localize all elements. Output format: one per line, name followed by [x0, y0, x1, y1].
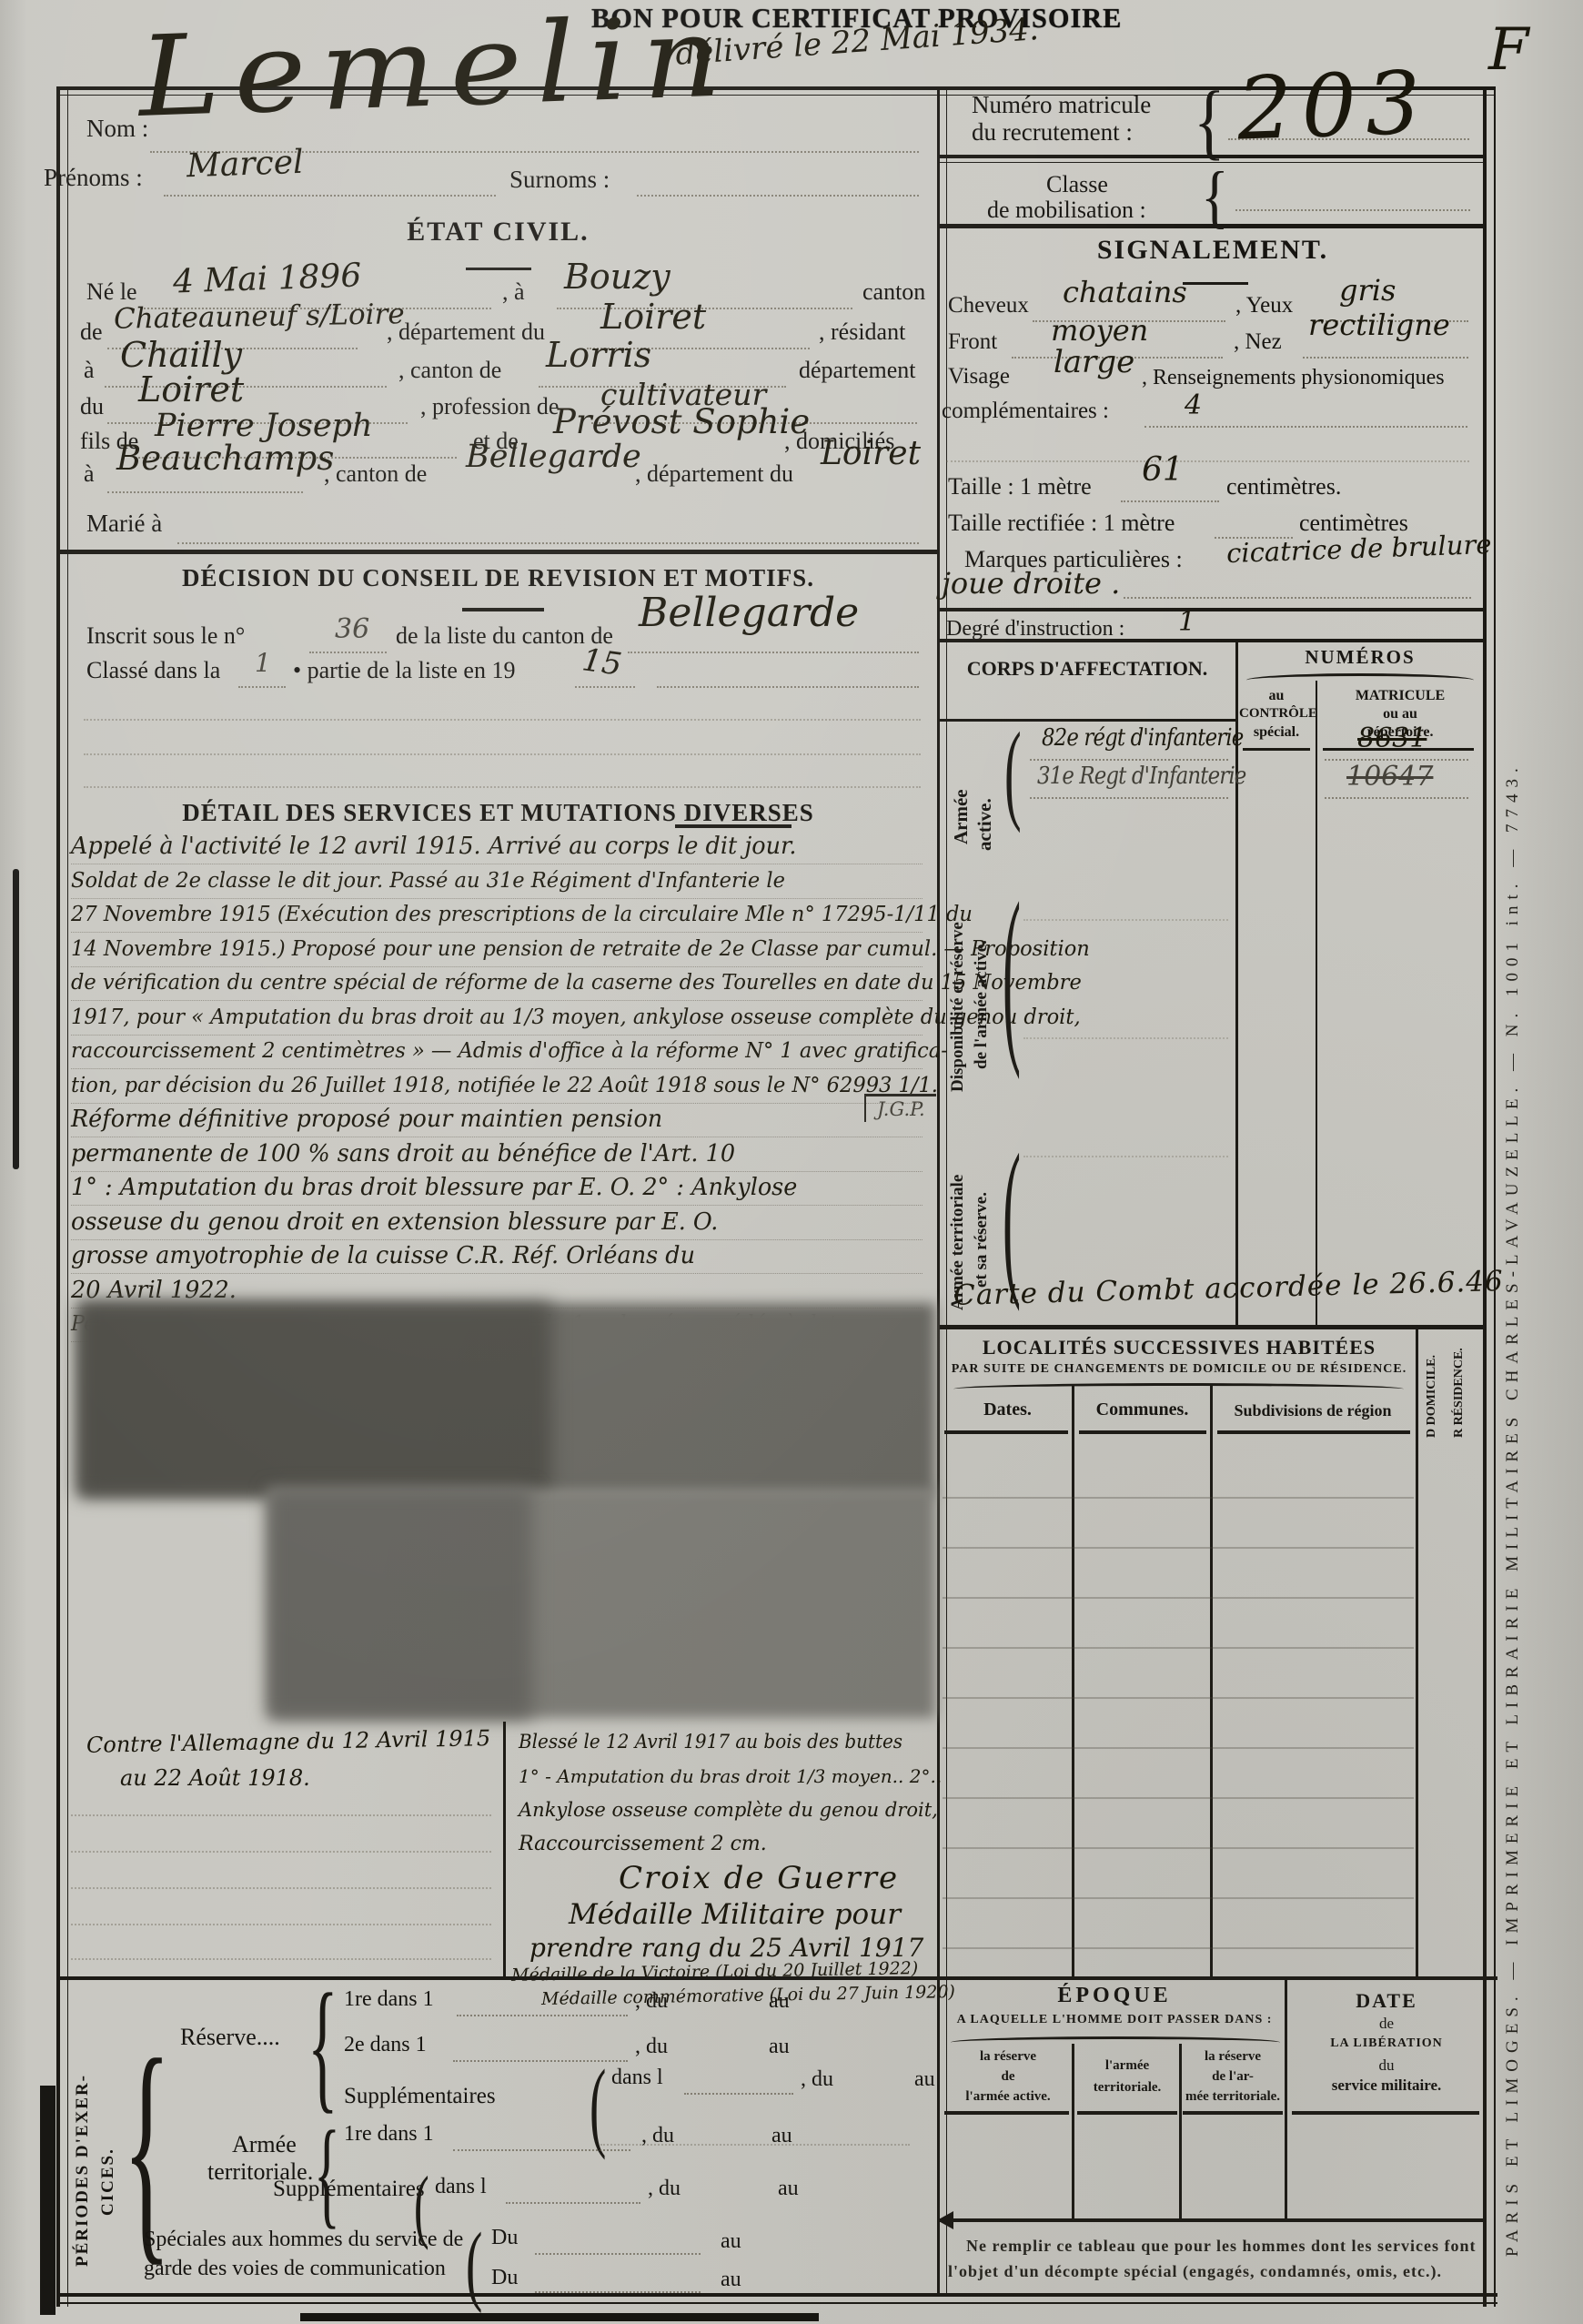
du-label: , du: [635, 2035, 668, 2059]
stray-mark-handwriting: 4: [1185, 389, 1202, 421]
territoriale-row1-label: 1re dans 1: [344, 2122, 434, 2147]
list-canton-label: de la liste du canton de: [396, 622, 613, 650]
brace-decoration: {: [1201, 162, 1229, 232]
corps-top-rule: [940, 639, 1483, 642]
domicile-canton-handwriting: Bellegarde: [466, 439, 641, 475]
epoque-title: ÉPOQUE: [946, 1984, 1283, 2008]
list-canton-handwriting: Bellegarde: [639, 590, 859, 636]
corner-letter-mark: F: [1488, 16, 1528, 84]
localites-title: LOCALITÉS SUCCESSIVES HABITÉES: [946, 1336, 1412, 1359]
dotted-rule: [71, 1851, 491, 1853]
matricule-number-1: 8631: [1357, 722, 1427, 754]
service-line: de vérification du centre spécial de réf…: [71, 966, 923, 1001]
header-underline: [1183, 2111, 1283, 2115]
education-degree-label: Degré d'instruction :: [946, 617, 1124, 642]
dotted-rule: [71, 1958, 491, 1960]
reserve-row2-label: 2e dans 1: [344, 2033, 427, 2057]
dotted-rule: [164, 195, 496, 197]
periodes-vertical-label-2: CICES.: [98, 2134, 118, 2216]
service-line: 27 Novembre 1915 (Exécution des prescrip…: [71, 898, 923, 933]
au-label: au: [914, 2067, 935, 2092]
wound-line: Raccourcissement 2 cm.: [519, 1833, 767, 1855]
dotted-rule: [1030, 797, 1228, 799]
du-label: , du: [635, 1989, 668, 2014]
scan-edge-mark: [300, 2313, 819, 2321]
supplementaires-label: Supplémentaires: [344, 2084, 496, 2109]
border-bottom: [56, 2293, 1497, 2297]
epoque-col3-line3: mée territoriale.: [1183, 2089, 1283, 2105]
dotted-rule: [71, 1887, 491, 1889]
marks-handwriting-2: joue droite .: [942, 566, 1120, 601]
brace-decoration: (: [466, 2218, 482, 2309]
scan-smudge: [78, 1303, 551, 1496]
at-label: à: [84, 460, 95, 488]
birth-departement-handwriting: Loiret: [600, 297, 706, 337]
epoque-col2-line2: territoriale.: [1077, 2080, 1177, 2096]
matricule-number-handwriting: 203: [1235, 53, 1431, 159]
scan-smudge: [268, 1489, 532, 1718]
dotted-rule: [309, 652, 387, 653]
epoque-col2-line1: l'armée: [1077, 2058, 1177, 2074]
dotted-rule: [84, 786, 921, 788]
scan-edge-mark: [13, 869, 19, 1169]
au-label: au: [721, 2268, 741, 2292]
dotted-rule: [1144, 426, 1467, 428]
date-header-2: de: [1292, 2015, 1481, 2033]
du-label: , du: [801, 2067, 833, 2092]
header-underline: [1292, 2111, 1479, 2115]
matricule-subheader-1: MATRICULE: [1319, 688, 1481, 704]
brace-curve: [1246, 673, 1474, 687]
matricule-subheader-2: ou au: [1319, 706, 1481, 722]
dotted-rule: [1228, 138, 1469, 140]
regiment-entry-2: 31e Regt d'Infanterie: [1037, 763, 1245, 790]
decoration-line: Croix de Guerre: [619, 1860, 899, 1896]
controle-subheader-2: CONTRÔLE: [1239, 706, 1314, 722]
brace-decoration: {: [1194, 78, 1225, 164]
hair-handwriting: chatains: [1063, 275, 1187, 309]
dotted-rule: [1124, 597, 1471, 599]
date-header-1: DATE: [1292, 1989, 1481, 2013]
dotted-rule: [238, 686, 286, 688]
service-line: Appelé à l'activité le 12 avril 1915. Ar…: [71, 830, 923, 864]
married-label: Marié à: [86, 510, 162, 538]
matricule-label-1: Numéro matricule: [972, 91, 1151, 119]
au-label: au: [778, 2177, 799, 2201]
speciales-label-1: Spéciales aux hommes du service de: [144, 2228, 463, 2252]
border-left-inner: [67, 86, 68, 2307]
inscribed-label: Inscrit sous le n°: [86, 622, 245, 650]
departement-label: , département du: [387, 318, 545, 346]
date-header-5: service militaire.: [1292, 2076, 1481, 2095]
residence-vertical-label: R RÉSIDENCE.: [1452, 1330, 1467, 1438]
rule-arrow: [937, 2211, 953, 2229]
border-right-inner: [1494, 86, 1496, 2307]
numeros-subcol-divider: [1316, 681, 1317, 1327]
domicile-handwriting: Beauchamps: [116, 439, 334, 478]
date-header-3: LA LIBÉRATION: [1292, 2036, 1481, 2051]
epoque-col1-line3: l'armée active.: [946, 2089, 1070, 2105]
brace-decoration: {: [314, 2113, 340, 2233]
dotted-rule: [946, 460, 1469, 462]
alias-label: Surnoms :: [509, 166, 610, 194]
mother-name-handwriting: Prévost Sophie: [553, 402, 810, 441]
decoration-line: Médaille commémorative (Loi du 27 Juin 1…: [541, 1982, 955, 2009]
wound-line: Ankylose osseuse complète du genou droit…: [519, 1799, 938, 1821]
dotted-rule: [628, 652, 919, 653]
date-col-divider: [1285, 1976, 1287, 2220]
printer-imprint-vertical: PARIS ET LIMOGES. — IMPRIMERIE ET LIBRAI…: [1503, 437, 1523, 2257]
matricule-number-2: 10647: [1346, 761, 1433, 793]
epoque-col-divider: [1072, 2044, 1074, 2220]
dotted-rule: [177, 542, 919, 544]
subdivisions-column-header: Subdivisions de région: [1214, 1401, 1412, 1420]
wound-line: Blessé le 12 Avril 1917 au bois des butt…: [519, 1731, 902, 1753]
border-left: [56, 86, 60, 2307]
departement-label: département: [799, 357, 916, 384]
reserve-label: Réserve....: [180, 2024, 280, 2051]
centimetres-label: centimètres.: [1226, 473, 1341, 500]
dates-column-header: Dates.: [946, 1399, 1069, 1420]
title-underline: [462, 608, 544, 611]
header-underline: [944, 1430, 1068, 1434]
dotted-rule: [535, 2291, 701, 2293]
dotted-rule: [637, 195, 919, 197]
disponibilite-vertical-1: Disponibilité et réserve: [948, 864, 968, 1092]
title-underline: [466, 268, 531, 270]
dotted-rule: [684, 2093, 793, 2095]
campaign-cell-divider: [503, 1722, 506, 1976]
scan-edge-mark: [40, 2086, 55, 2315]
dotted-rule: [1023, 1156, 1228, 1157]
canton-of-label: , canton de: [398, 357, 501, 384]
header-underline: [1079, 1430, 1206, 1434]
service-line: tion, par décision du 26 Juillet 1918, n…: [71, 1069, 923, 1104]
dotted-rule: [1023, 1037, 1228, 1039]
complementary-label: complémentaires :: [942, 399, 1109, 424]
epoque-note-line2: l'objet d'un décompte spécial (engagés, …: [948, 2262, 1442, 2281]
corps-affectation-header: CORPS D'AFFECTATION.: [942, 657, 1233, 681]
mobilization-class-label-2: de mobilisation :: [987, 197, 1146, 224]
dans-label: dans l: [611, 2066, 663, 2090]
signalement-top-rule: [940, 224, 1483, 228]
residence-canton-handwriting: Lorris: [546, 335, 651, 375]
dotted-rule: [71, 1814, 491, 1816]
dotted-rule: [453, 2149, 630, 2151]
margin-initials-mark: J.G.P.: [864, 1094, 936, 1122]
supplementaires-label: Supplémentaires: [273, 2177, 425, 2202]
localites-subtitle: PAR SUITE DE CHANGEMENTS DE DOMICILE OU …: [946, 1362, 1412, 1377]
list-part-handwriting: 1: [255, 648, 271, 678]
dr-col-divider: [1416, 1325, 1418, 1976]
dotted-rule: [1325, 759, 1468, 761]
armee-active-vertical-1: Armée: [950, 735, 973, 844]
border-right: [1483, 86, 1487, 2307]
epoque-col3-line2: de l'ar-: [1183, 2069, 1283, 2085]
dotted-rule: [1325, 797, 1468, 799]
dotted-rule: [506, 2202, 640, 2204]
combatant-card-handwriting: Carte du Combt accordée le 26.6.46: [953, 1265, 1505, 1312]
at-label: à: [84, 357, 95, 384]
mobilization-class-label-1: Classe: [1046, 171, 1108, 198]
dotted-rule: [1235, 209, 1470, 211]
classed-label: Classé dans la: [86, 657, 220, 684]
dotted-rule: [535, 2253, 701, 2255]
military-record-sheet: BON POUR CERTIFICAT PROVISOIRE délivré l…: [0, 0, 1583, 2324]
list-year-handwriting: 15: [580, 642, 623, 683]
birth-date-handwriting: 4 Mai 1896: [172, 257, 362, 300]
dotted-rule: [84, 753, 921, 755]
service-line: Réforme définitive proposé pour maintien…: [71, 1103, 923, 1137]
campaign-line: au 22 Août 1918.: [120, 1765, 310, 1791]
face-label: Visage: [948, 364, 1010, 389]
hair-label: Cheveux: [948, 293, 1029, 318]
matricule-label-2: du recrutement :: [972, 118, 1133, 147]
residence-departement-handwriting: Loiret: [138, 369, 244, 409]
header-underline: [944, 2111, 1069, 2115]
services-title: DÉTAIL DES SERVICES ET MUTATIONS DIVERSE…: [59, 799, 937, 827]
domicile-vertical-label: D DOMICILE.: [1425, 1330, 1439, 1438]
birth-place-handwriting: Bouzy: [564, 257, 671, 297]
surname-handwriting: Lemelin: [136, 0, 737, 142]
reserve-row1-label: 1re dans 1: [344, 1987, 434, 2012]
header-underline: [1217, 1430, 1410, 1434]
face-handwriting: large: [1054, 344, 1134, 380]
departement-of-label: , département du: [635, 460, 793, 488]
numeros-header-underline: [1243, 748, 1310, 751]
dans-label: dans l: [435, 2175, 487, 2199]
wound-line: 1° - Amputation du bras droit 1/3 moyen.…: [519, 1765, 942, 1787]
of-label: de: [80, 318, 103, 346]
etat-civil-title: ÉTAT CIVIL.: [59, 217, 937, 248]
dotted-rule: [71, 1924, 491, 1925]
height-label: Taille : 1 mètre: [948, 473, 1092, 500]
disponibilite-vertical-2: de l'armée active.: [972, 887, 992, 1069]
section-rule: [56, 1976, 1497, 1980]
service-line: raccourcissement 2 centimètres » — Admis…: [71, 1035, 923, 1069]
au-label: au: [769, 1989, 790, 2014]
epoque-col3-line1: la réserve: [1183, 2049, 1283, 2065]
center-divider: [937, 86, 940, 2293]
au-label: au: [769, 2035, 790, 2059]
du-label: Du: [491, 2266, 518, 2290]
service-line: osseuse du genou droit en extension bles…: [71, 1206, 923, 1240]
nose-label: , Nez: [1234, 329, 1282, 355]
decoration-line: Médaille Militaire pour: [569, 1898, 901, 1931]
signalement-title: SIGNALEMENT.: [940, 235, 1486, 266]
brace-decoration: {: [308, 1975, 338, 2121]
section-rule: [940, 608, 1483, 611]
at-label: , à: [502, 278, 525, 306]
du-label: Du: [491, 2226, 518, 2250]
service-line: grosse amyotrophie de la cuisse C.R. Réf…: [71, 1239, 923, 1274]
education-degree-handwriting: 1: [1178, 606, 1195, 638]
brace-curve: [953, 1383, 1404, 1395]
service-line: 14 Novembre 1915.) Proposé pour une pens…: [71, 933, 923, 967]
surname-label: Nom :: [86, 115, 148, 143]
dotted-rule: [107, 491, 303, 493]
service-line: Soldat de 2e classe le dit jour. Passé a…: [71, 864, 923, 899]
brace-decoration: (: [1003, 874, 1021, 1070]
forehead-label: Front: [948, 329, 997, 355]
domicile-departement-handwriting: Loiret: [821, 435, 921, 472]
dotted-rule: [84, 719, 921, 721]
communes-column-header: Communes.: [1077, 1399, 1207, 1420]
corps-header-underline: [940, 719, 1235, 722]
du-label: , du: [641, 2124, 674, 2148]
numeros-header: NUMÉROS: [1239, 646, 1481, 669]
armee-territoriale-label-1: Armée: [232, 2131, 297, 2158]
service-line: 1917, pour « Amputation du bras droit au…: [71, 1001, 923, 1036]
regiment-entry-1: 82e régt d'infanterie: [1042, 724, 1243, 752]
brace-decoration: (: [1004, 717, 1022, 829]
dotted-rule: [1121, 500, 1219, 502]
periodes-vertical-label-1: PÉRIODES D'EXER-: [73, 2080, 93, 2267]
epoque-note-line1: Ne remplir ce tableau que pour les homme…: [966, 2237, 1476, 2256]
dotted-rule: [657, 686, 919, 688]
birth-canton-handwriting: Chateauneuf s/Loire: [114, 298, 405, 336]
speciales-label-2: garde des voies de communication: [144, 2257, 446, 2281]
epoque-bottom-rule: [940, 2218, 1483, 2222]
canton-of-label: , canton de: [324, 460, 427, 488]
dotted-rule: [575, 686, 635, 688]
epoque-col1-line1: la réserve: [946, 2049, 1070, 2065]
controle-subheader-3: spécial.: [1239, 724, 1314, 741]
marks-handwriting-1: cicatrice de brulure: [1225, 529, 1492, 569]
height-corrected-label: Taille rectifiée : 1 mètre: [948, 510, 1175, 537]
decision-title: DÉCISION DU CONSEIL DE REVISION ET MOTIF…: [59, 564, 937, 592]
localites-top-rule: [940, 1325, 1483, 1329]
height-cm-handwriting: 61: [1142, 451, 1184, 489]
dotted-rule: [1030, 759, 1228, 761]
canton-label: canton: [862, 278, 925, 306]
epoque-col1-line2: de: [946, 2069, 1070, 2085]
forehead-handwriting: moyen: [1051, 313, 1148, 348]
handwritten-overline: [675, 824, 791, 828]
physiognomy-label: , Renseignements physionomiques: [1142, 366, 1445, 390]
territoriale-vertical-2: et sa réserve.: [972, 1142, 992, 1288]
border-bottom-inner: [56, 2302, 1497, 2304]
brace-decoration: (: [590, 2055, 606, 2155]
eyes-handwriting: gris: [1339, 273, 1396, 308]
campaign-line: Contre l'Allemagne du 12 Avril 1915: [86, 1725, 491, 1758]
au-label: au: [771, 2124, 792, 2148]
decoration-line: prendre rang du 25 Avril 1917: [529, 1933, 923, 1963]
service-line: 1° : Amputation du bras droit blessure p…: [71, 1171, 923, 1206]
list-part-label: • partie de la liste en 19: [293, 657, 515, 684]
resident-label: , résidant: [819, 318, 905, 346]
localites-body-ruling: [943, 1449, 1414, 1972]
profession-label: , profession de: [420, 393, 559, 420]
title-underline: [1183, 282, 1248, 285]
dotted-rule: [1023, 919, 1228, 921]
firstname-handwriting: Marcel: [186, 144, 304, 185]
eyes-label: , Yeux: [1235, 293, 1293, 318]
brace-curve: [951, 2036, 1280, 2048]
service-line: permanente de 100 % sans droit au bénéfi…: [71, 1137, 923, 1172]
date-header-4: du: [1292, 2056, 1481, 2075]
armee-active-vertical-2: active.: [973, 728, 996, 851]
list-number-handwriting: 36: [335, 613, 369, 645]
epoque-col-divider: [1179, 2044, 1182, 2220]
of-the-label: du: [80, 393, 104, 420]
au-label: au: [721, 2229, 741, 2254]
firstname-label: Prénoms :: [44, 164, 143, 192]
dotted-rule: [457, 2015, 628, 2016]
nose-handwriting: rectiligne: [1308, 308, 1450, 342]
dotted-rule: [1303, 357, 1468, 359]
header-underline: [1077, 2111, 1177, 2115]
du-label: , du: [648, 2177, 681, 2201]
epoque-subtitle: A LAQUELLE L'HOMME DOIT PASSER DANS :: [946, 2013, 1283, 2027]
controle-subheader-1: au: [1239, 688, 1314, 704]
section-rule: [56, 550, 940, 554]
